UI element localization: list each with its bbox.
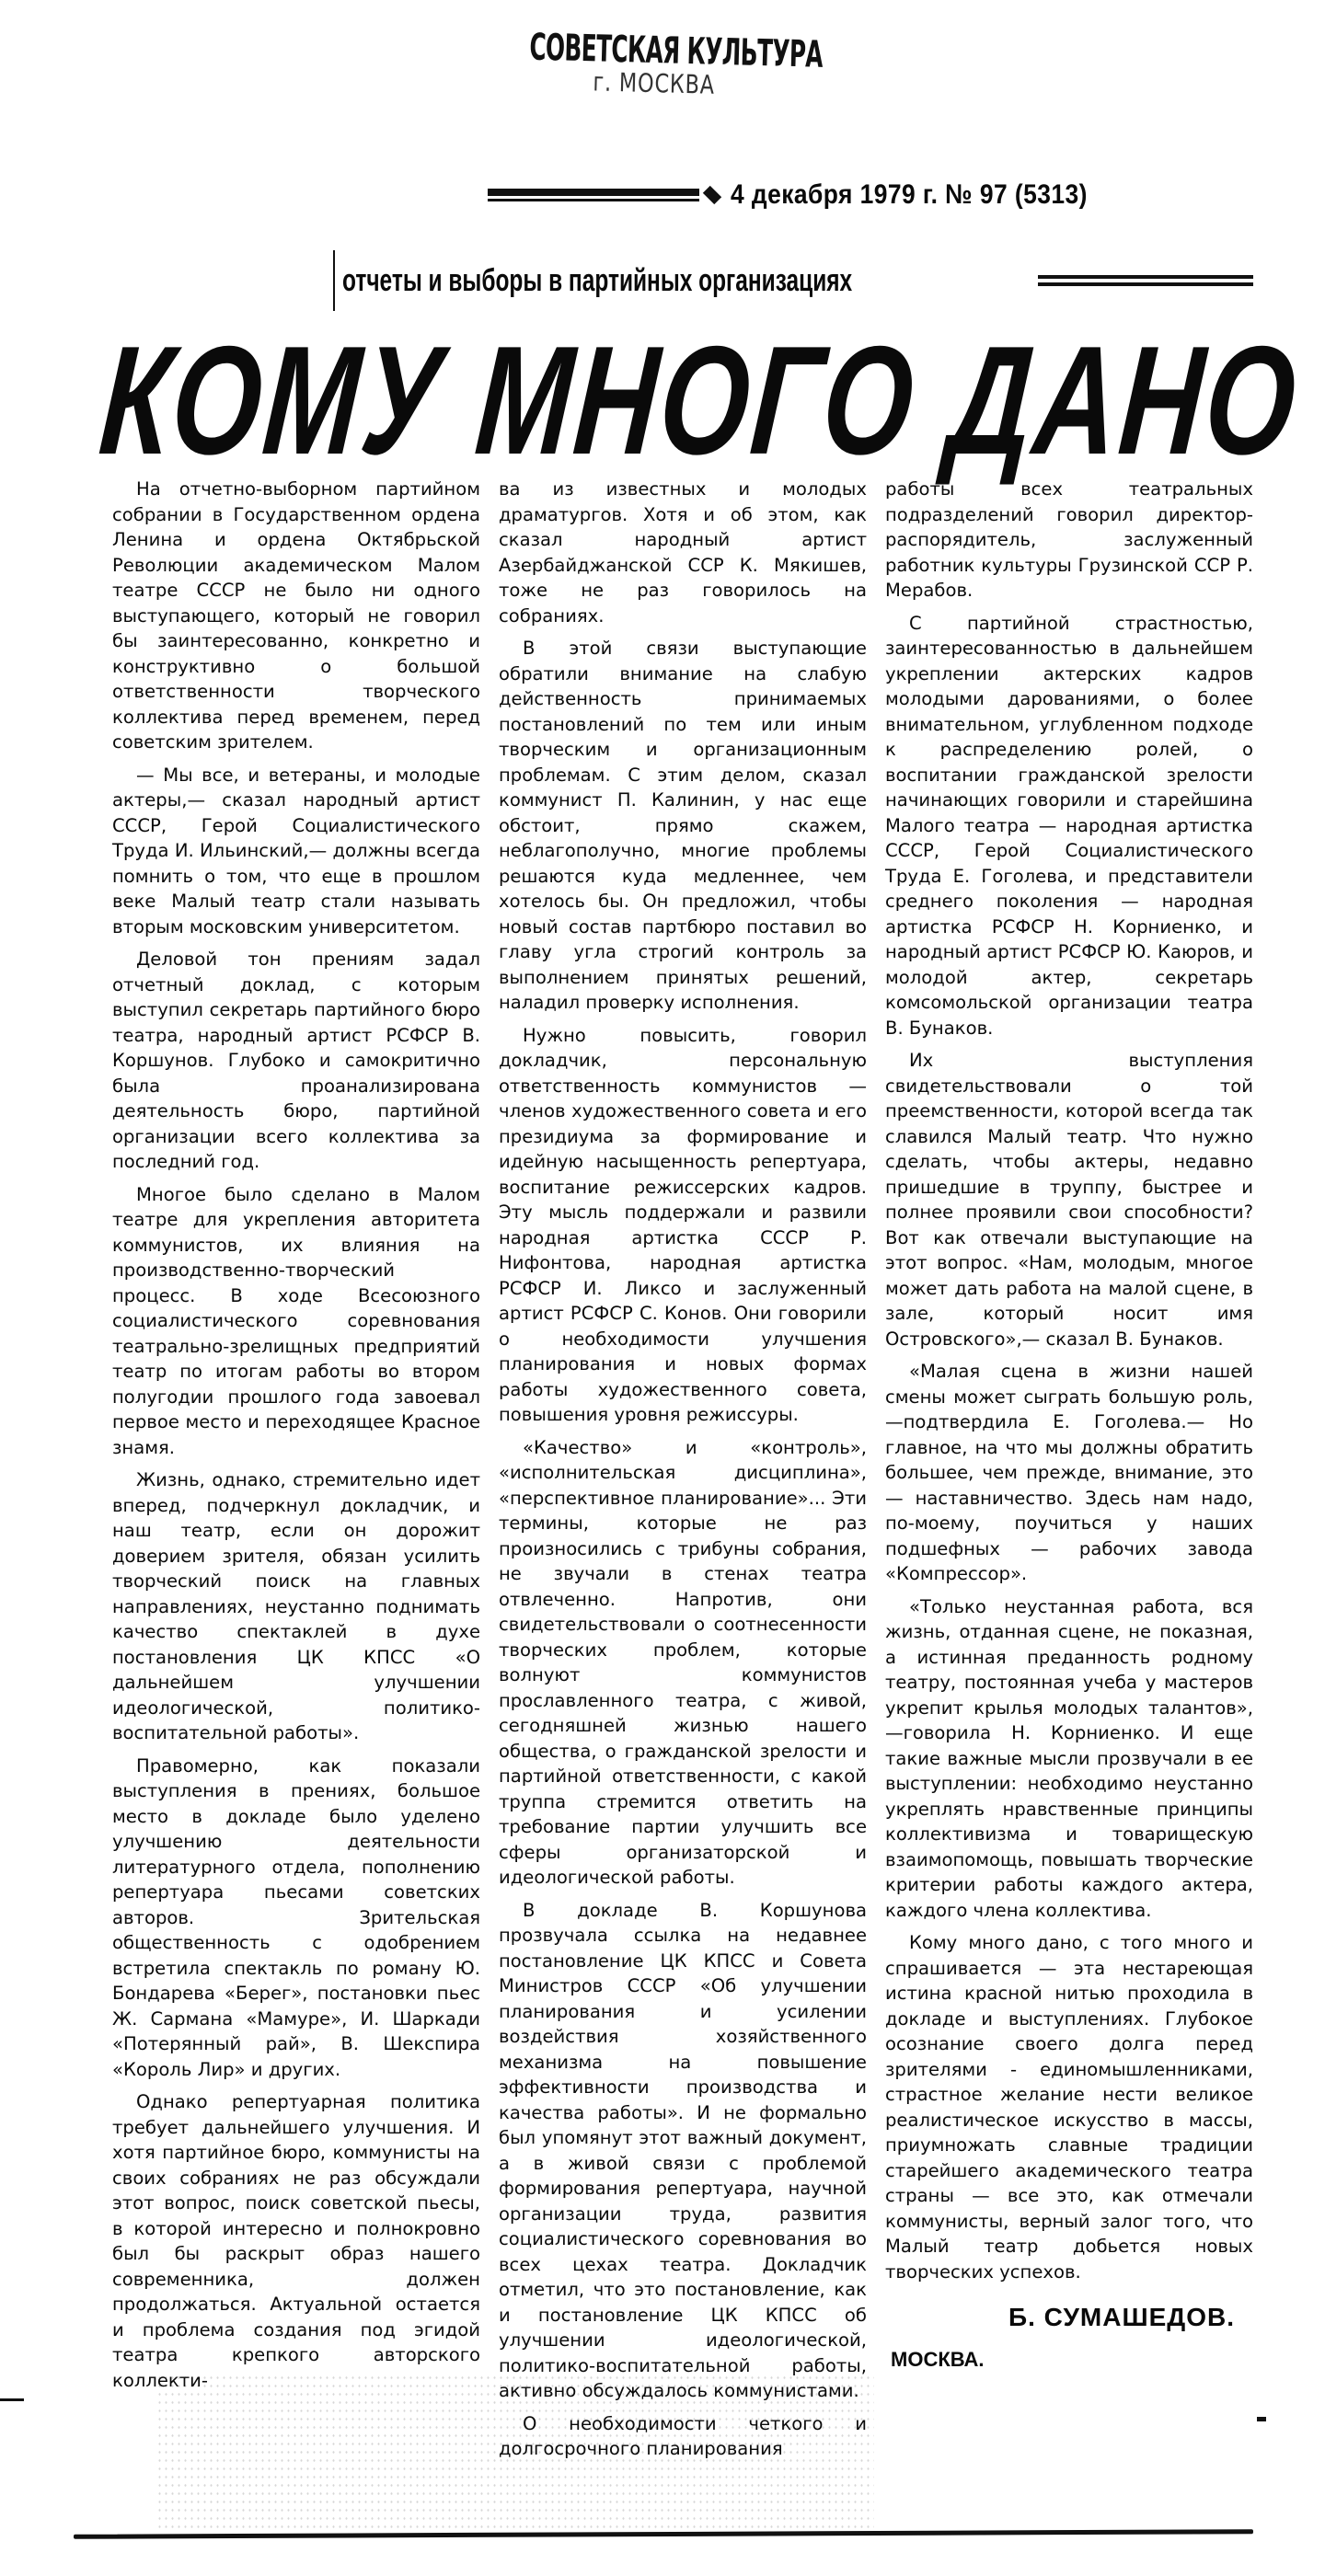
section-rubric: отчеты и выборы в партийных организациях xyxy=(333,248,1253,313)
paragraph: О необходимости четкого и долгосрочного … xyxy=(499,2411,867,2462)
paragraph: работы всех театральных подразделений го… xyxy=(885,477,1253,604)
paragraph: — Мы все, и ветераны, и молодые актеры,—… xyxy=(112,763,480,940)
paragraph: Однако репертуарная политика требует дал… xyxy=(112,2089,480,2393)
bottom-clipping-edge xyxy=(74,2529,1253,2539)
issue-date-number: 4 декабря 1979 г. № 97 (5313) xyxy=(731,179,1088,211)
paragraph: Нужно повысить, говорил докладчик, персо… xyxy=(499,1023,867,1428)
paragraph: Деловой тон прениям задал отчетный докла… xyxy=(112,947,480,1175)
paragraph: В докладе В. Коршунова прозвучала ссылка… xyxy=(499,1898,867,2404)
paragraph: «Качество» и «контроль», «исполнительска… xyxy=(499,1435,867,1891)
stamp-city: г. МОСКВА xyxy=(593,66,851,103)
paragraph: Их выступления свидетельствовали о той п… xyxy=(885,1048,1253,1351)
paragraph: С партийной страстностью, заинтересованн… xyxy=(885,611,1253,1041)
paragraph: В этой связи выступающие обратили вниман… xyxy=(499,636,867,1016)
article-headline: КОМУ МНОГО ДАНО xyxy=(96,331,964,469)
article-body: На отчетно-выборном партийном собрании в… xyxy=(112,477,1253,2524)
paragraph: «Малая сцена в жизни нашей смены может с… xyxy=(885,1359,1253,1587)
margin-mark xyxy=(0,2398,24,2401)
author-signature: Б. СУМАШЕДОВ. xyxy=(885,2305,1235,2330)
paragraph: Многое было сделано в Малом театре для у… xyxy=(112,1182,480,1461)
dateline-rule xyxy=(488,189,699,201)
rubric-vertical-rule xyxy=(333,250,335,311)
paragraph: «Только неустанная работа, вся жизнь, от… xyxy=(885,1594,1253,1924)
paragraph: Кому много дано, с того много и спрашива… xyxy=(885,1930,1253,2284)
column-3: работы всех театральных подразделений го… xyxy=(885,477,1253,2524)
column-1: На отчетно-выборном партийном собрании в… xyxy=(112,477,480,2524)
newspaper-stamp: СОВЕТСКАЯ КУЛЬТУРА г. МОСКВА xyxy=(528,27,916,106)
paragraph: Жизнь, однако, стремительно идет вперед,… xyxy=(112,1467,480,1746)
diamond-ornament-icon xyxy=(703,186,721,204)
dateline-place: МОСКВА. xyxy=(891,2347,1253,2373)
paragraph: Правомерно, как показали выступления в п… xyxy=(112,1754,480,2083)
paragraph: На отчетно-выборном партийном собрании в… xyxy=(112,477,480,755)
rubric-double-rule xyxy=(1038,275,1253,286)
issue-dateline: 4 декабря 1979 г. № 97 (5313) xyxy=(488,177,1251,213)
rubric-label: отчеты и выборы в партийных организациях xyxy=(342,263,713,299)
column-2: ва из известных и молодых драматургов. Х… xyxy=(499,477,867,2524)
paragraph: ва из известных и молодых драматургов. Х… xyxy=(499,477,867,628)
margin-mark xyxy=(1257,2417,1266,2421)
